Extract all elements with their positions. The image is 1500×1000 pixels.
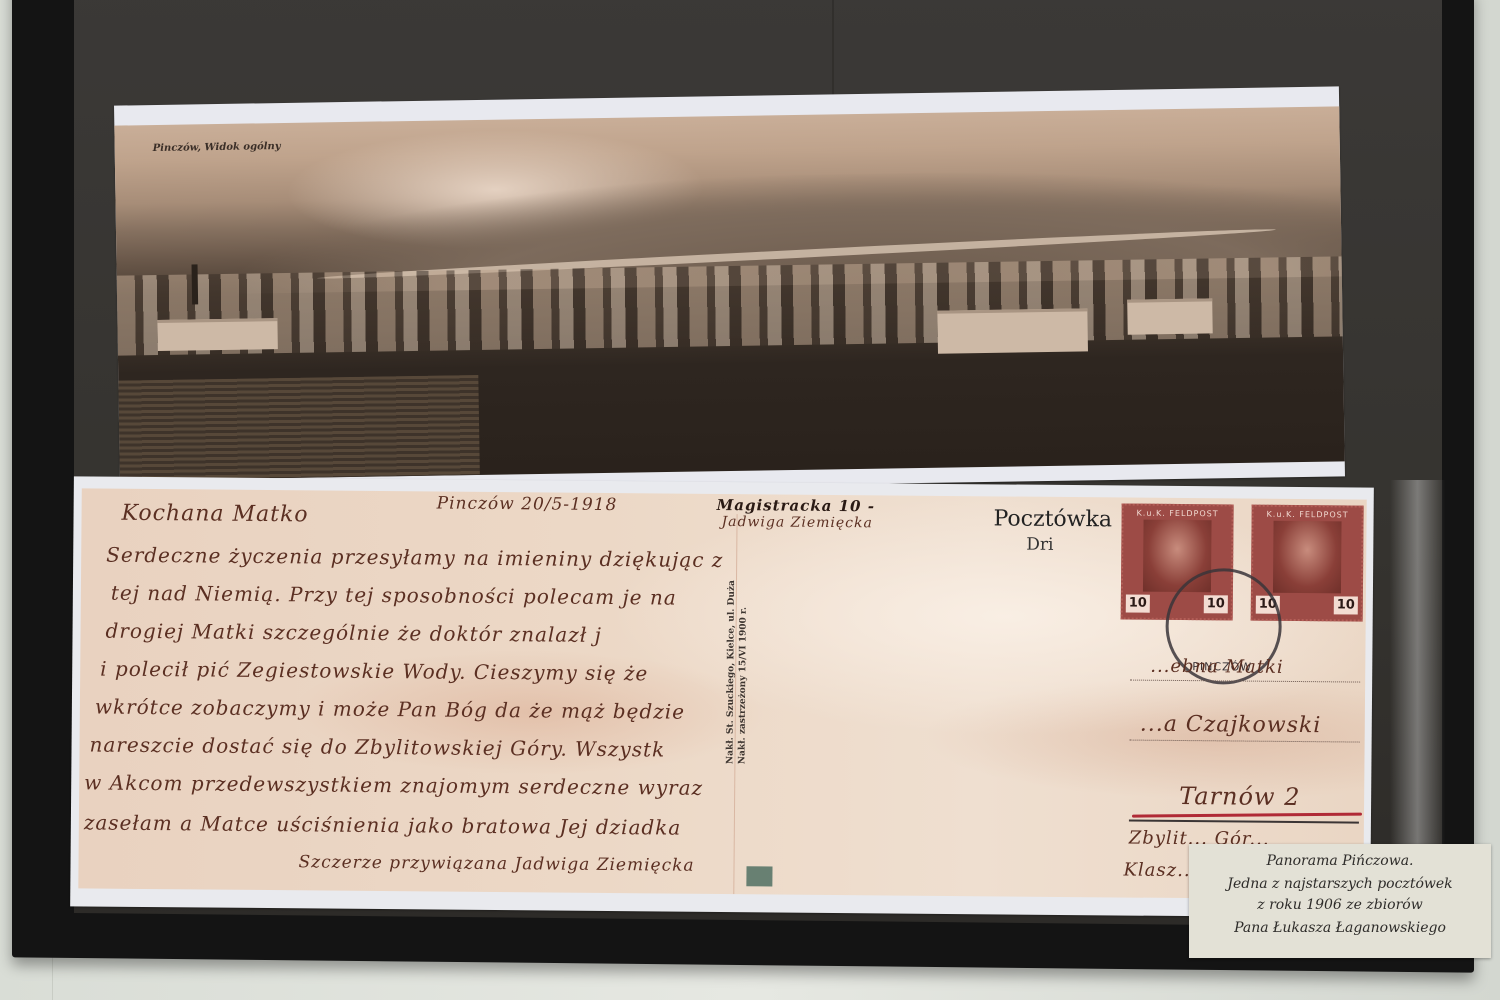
label-line: z roku 1906 ze zbiorów <box>1189 894 1491 916</box>
body-line: drogiej Matki szczególnie że doktór znal… <box>105 619 602 647</box>
stamp-value: 10 <box>1126 595 1150 613</box>
postcard: Kochana Matko Pinczów 20/5-1918 Magistra… <box>78 488 1366 899</box>
red-underline <box>1132 813 1362 818</box>
address-line: ...ebna Matki <box>1150 656 1284 678</box>
stamp-portrait <box>1273 521 1342 594</box>
eagle-ink-stamp <box>746 866 772 886</box>
printer-note-line: Nakł. zastrzeżony 15/VI 1900 r. <box>736 580 750 764</box>
photo-building <box>157 318 277 351</box>
printer-note: Nakł. St. Szuckiego, Kielce, ul. Duża Na… <box>724 580 750 764</box>
panorama-photo: Pinczów, Widok ogólny <box>114 106 1344 480</box>
body-line: w Akcom przedewszystkiem znajomym serdec… <box>84 770 703 799</box>
body-line: tej nad Niemią. Przy tej sposobności pol… <box>111 581 677 610</box>
address-line: ...a Czajkowski <box>1140 712 1322 739</box>
glass-glare <box>1390 480 1445 860</box>
address-rule <box>1130 740 1360 743</box>
sender-address-line: Jadwiga Ziemięcka <box>721 514 872 531</box>
postcard-print: Kochana Matko Pinczów 20/5-1918 Magistra… <box>70 476 1374 917</box>
panorama-print: Pinczów, Widok ogólny <box>114 86 1345 495</box>
greeting: Kochana Matko <box>121 501 308 528</box>
label-line: Jedna z najstarszych pocztówek <box>1189 874 1491 894</box>
label-line: Panorama Pińczowa. <box>1189 848 1491 874</box>
caption-label: Panorama Pińczowa. Jedna z najstarszych … <box>1189 844 1491 958</box>
label-line: Pana Łukasza Łaganowskiego <box>1189 916 1491 940</box>
photo-field <box>118 375 480 481</box>
address-rule <box>1129 820 1359 824</box>
sender-address-line: Magistracka 10 - <box>717 496 875 515</box>
body-line: Serdeczne życzenia przesyłamy na imienin… <box>106 543 723 572</box>
address-rule <box>1130 680 1360 683</box>
address-line: Tarnów 2 <box>1179 782 1301 811</box>
photo-church-spire <box>192 264 199 304</box>
signature: Szczerze przywiązana Jadwiga Ziemięcka <box>298 852 694 875</box>
stamp-header: K.u.K. FELDPOST <box>1254 510 1362 520</box>
photo-building <box>937 308 1088 353</box>
postcard-subtitle: Dri <box>1026 535 1053 555</box>
body-line: nareszcie dostać się do Zbylitowskiej Gó… <box>89 732 665 761</box>
body-line: wkrótce zobaczymy i może Pan Bóg da że m… <box>95 695 685 724</box>
stamp-header: K.u.K. FELDPOST <box>1124 508 1232 518</box>
panorama-caption: Pinczów, Widok ogólny <box>153 141 281 154</box>
body-line: zasełam a Matce uściśnienia jako bratowa… <box>84 810 682 839</box>
stamp-value: 10 <box>1334 596 1358 614</box>
postcard-title: Pocztówka <box>993 506 1112 532</box>
place-date: Pinczów 20/5-1918 <box>437 494 618 516</box>
address-line: Klasz... <box>1123 860 1197 882</box>
body-line: i polecił pić Zegiestowskie Wody. Cieszy… <box>100 657 648 686</box>
photo-building <box>1127 298 1213 334</box>
